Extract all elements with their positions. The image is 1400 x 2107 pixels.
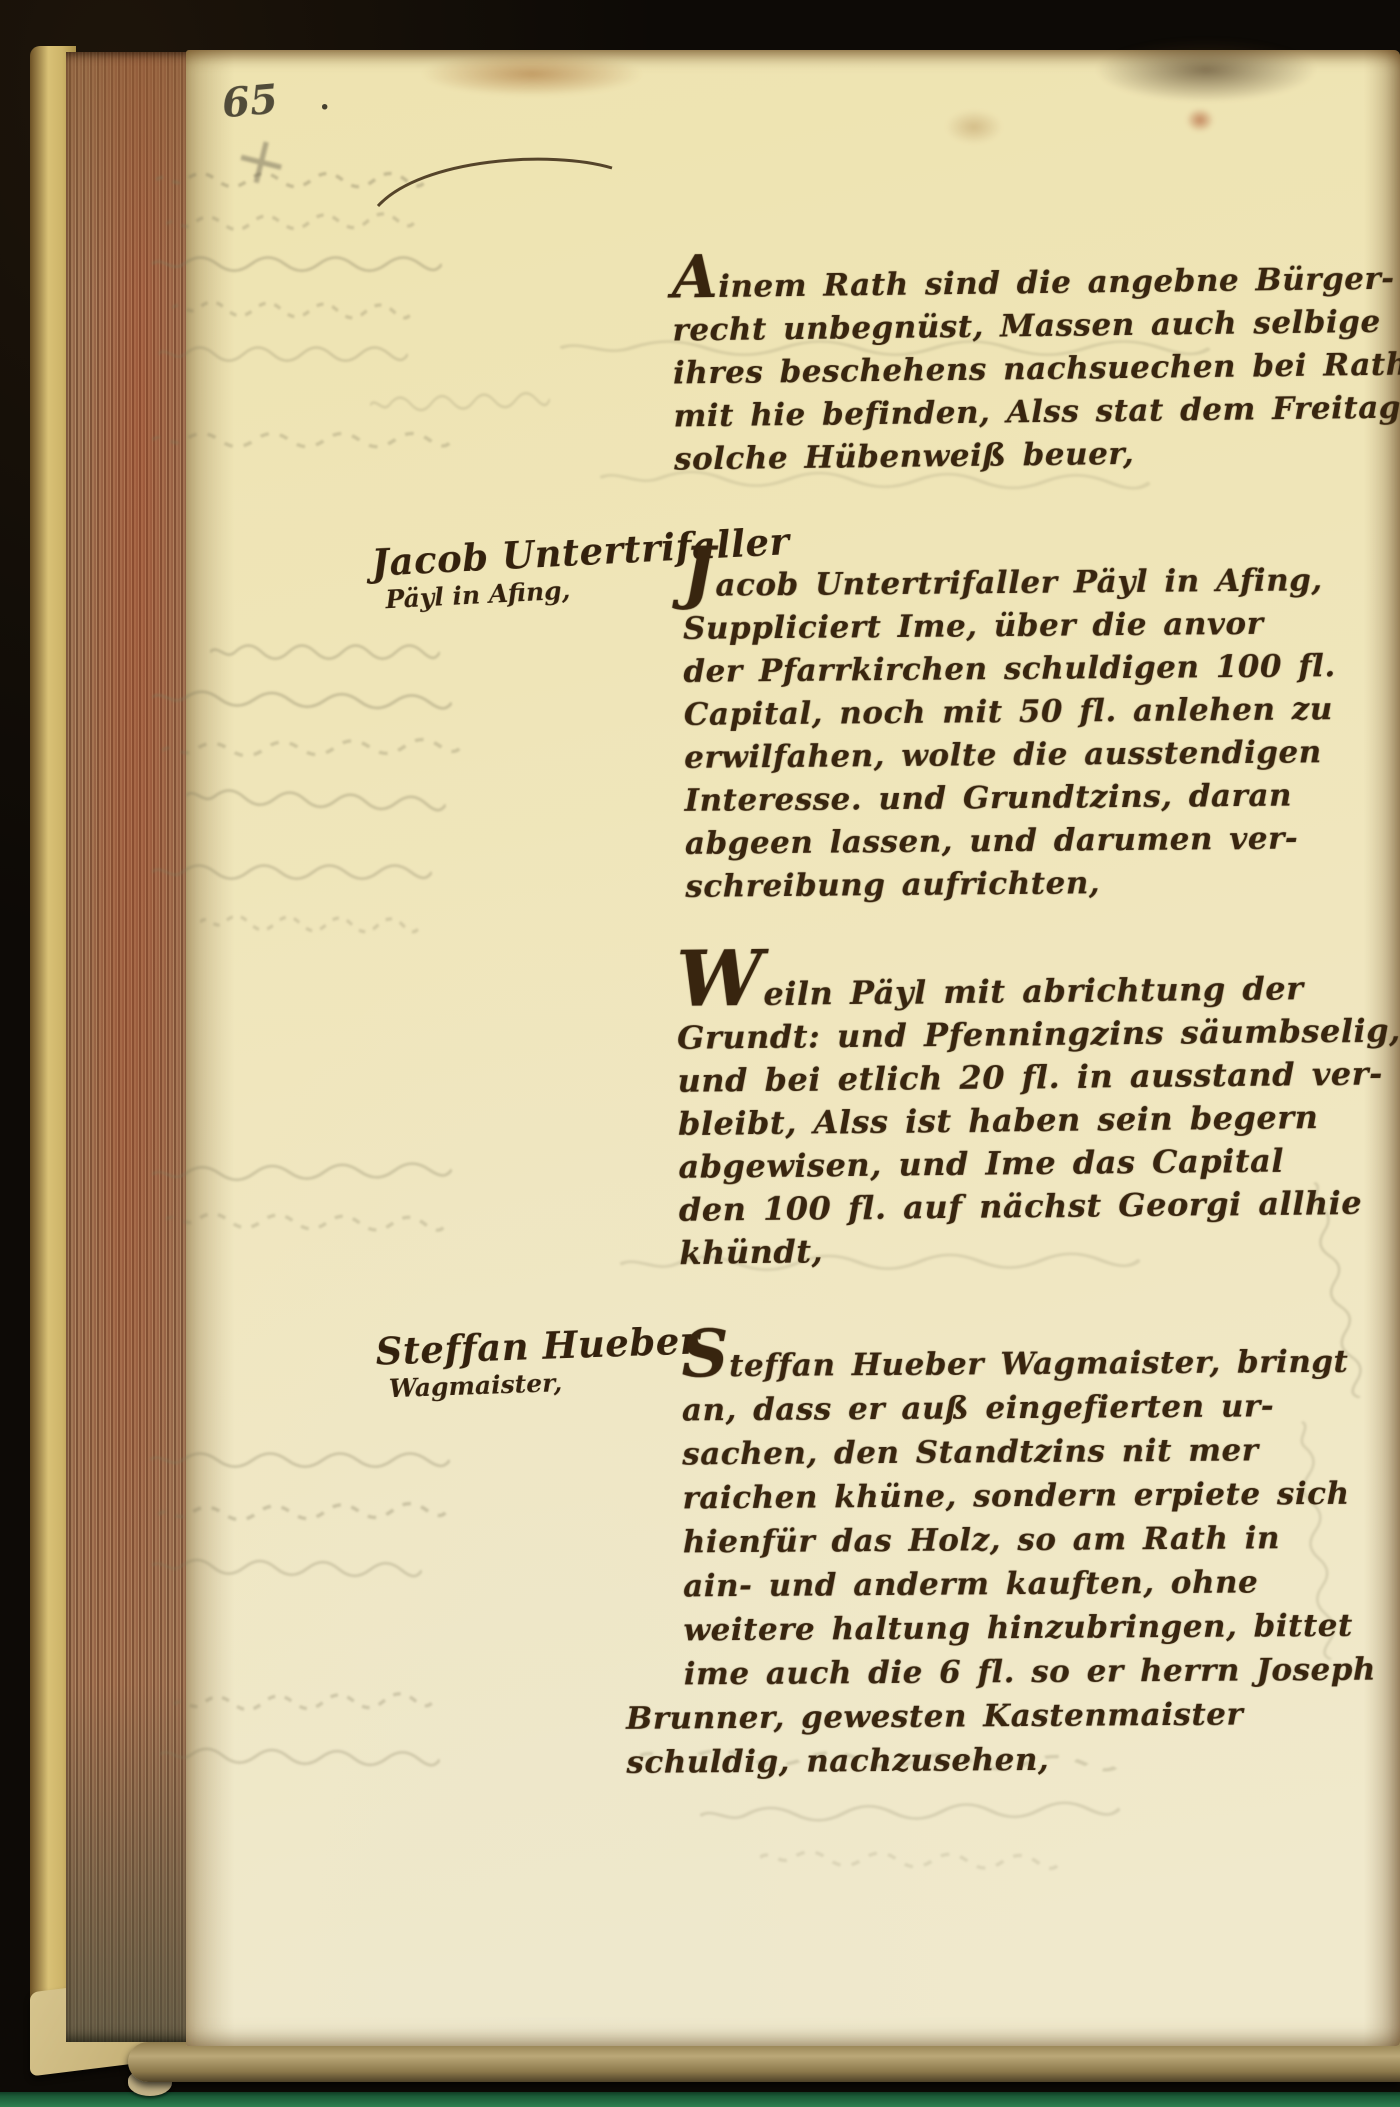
jacob-petition-paragraph: Jacob Untertrifaller Päyl in Afing, Supp… (683, 559, 1338, 909)
manuscript-text-line: solche Hübenweiß beuer, (674, 430, 1400, 482)
bleed-through-ghost-line (152, 1157, 452, 1184)
manuscript-text-line: Interesse. und Grundtzins, daran (684, 774, 1337, 823)
binding-bottom-edge (128, 2042, 1400, 2082)
bleed-through-ghost-line (152, 428, 452, 450)
bleed-through-ghost-line (174, 1688, 434, 1715)
bleed-through-ghost-line (370, 387, 551, 415)
manuscript-text-line: sachen, den Standtzins nit mer (682, 1428, 1375, 1477)
intro-paragraph: Ainem Rath sind die angebne Bürger- rech… (672, 258, 1400, 482)
bleed-through-ghost-line (160, 1743, 440, 1770)
manuscript-text-line: ime auch die 6 fl. so er herrn Joseph (684, 1648, 1377, 1697)
manuscript-text-line: ain- und anderm kauften, ohne (683, 1560, 1376, 1609)
manuscript-page: 65 . + Ainem Rath sind die angebne Bürge… (186, 50, 1400, 2046)
manuscript-text-line: an, dass er auß eingefierten ur- (682, 1384, 1375, 1433)
manuscript-text-line: erwilfahen, wolte die ausstendigen (684, 731, 1337, 780)
top-right-smudge (1096, 38, 1316, 102)
manuscript-text-line: bleibt, Alss ist haben sein begern (678, 1095, 1400, 1146)
manuscript-text-line: Steffan Hueber Wagmaister, bringt (681, 1340, 1374, 1389)
margin-note-steffan: Steffan Hueber Wagmaister, (375, 1316, 702, 1403)
bleed-through-ghost-line (200, 910, 420, 936)
photo-background: 65 . + Ainem Rath sind die angebne Bürge… (0, 0, 1400, 2107)
bleed-through-ghost-line (158, 1497, 448, 1524)
bleed-through-ghost-line (760, 1845, 1060, 1872)
bleed-through-ghost-line (162, 733, 462, 760)
manuscript-text-line: Grundt: und Pfenningzins säumbselig, (677, 1009, 1400, 1060)
manuscript-text-line: Weiln Päyl mit abrichtung der (676, 966, 1400, 1017)
bleed-through-ghost-line (152, 1554, 422, 1581)
manuscript-text-line: der Pfarrkirchen schuldigen 100 fl. (683, 645, 1336, 694)
jacob-resolution-paragraph: Weiln Päyl mit abrichtung der Grundt: un… (676, 966, 1400, 1275)
steffan-entry-paragraph: Steffan Hueber Wagmaister, bringt an, da… (681, 1340, 1376, 1785)
top-edge-stain (422, 52, 642, 96)
pencil-cross-mark: + (226, 116, 298, 204)
manuscript-text-line: khündt, (679, 1224, 1400, 1275)
bleed-through-ghost-line (210, 640, 440, 662)
bleed-through-ghost-line (158, 342, 408, 364)
manuscript-text-line: raichen khüne, sondern erpiete sich (682, 1472, 1375, 1521)
manuscript-text-line: schreibung aufrichten, (685, 860, 1338, 909)
bleed-through-ghost-line (172, 296, 412, 322)
bleed-through-ghost-line (150, 1448, 450, 1470)
faint-stain (946, 110, 1002, 144)
manuscript-text-line: Jacob Untertrifaller Päyl in Afing, (683, 559, 1336, 608)
manuscript-text-line: abgeen lassen, und darumen ver- (685, 817, 1338, 866)
bleed-through-ghost-line (152, 860, 432, 882)
manuscript-text-line: und bei etlich 20 fl. in ausstand ver- (677, 1052, 1400, 1103)
manuscript-text-line: schuldig, nachzusehen, (626, 1736, 1377, 1785)
green-table-surface (0, 2092, 1400, 2107)
manuscript-text-line: hienfür das Holz, so am Rath in (683, 1516, 1376, 1565)
manuscript-text-line: Capital, noch mit 50 fl. anlehen zu (684, 688, 1337, 737)
bleed-through-ghost-line (152, 685, 452, 712)
bleed-through-ghost-line (700, 1796, 1120, 1825)
ink-dot: . (318, 70, 331, 119)
manuscript-text-line: weitere haltung hinzubringen, bittet (683, 1604, 1376, 1653)
manuscript-text-line: Suppliciert Ime, über die anvor (683, 602, 1336, 651)
bleed-through-ghost-line (166, 1208, 446, 1235)
pen-flourish (372, 148, 622, 212)
bleed-through-ghost-line (152, 252, 442, 274)
manuscript-text-line: den 100 fl. auf nächst Georgi allhie (679, 1181, 1400, 1232)
manuscript-text-line: Brunner, gewesten Kastenmaister (626, 1692, 1377, 1741)
bleed-through-ghost-line (186, 783, 447, 814)
manuscript-text-line: abgewisen, und Ime das Capital (678, 1138, 1400, 1189)
foxing-spot (1186, 108, 1214, 132)
